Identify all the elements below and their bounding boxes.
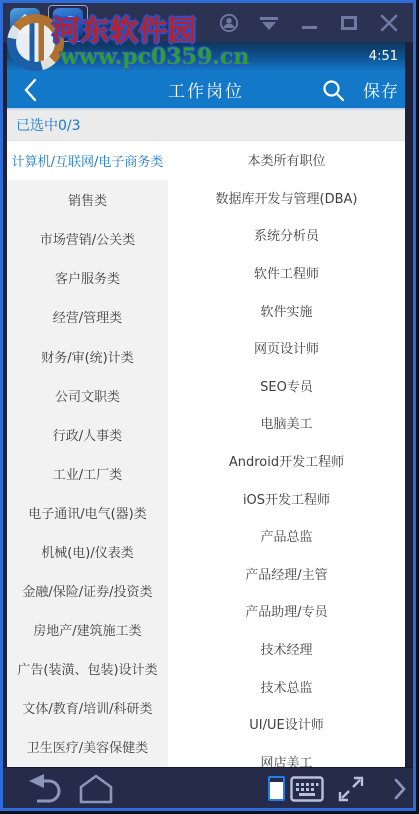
category-label: 客户服务类 [55,268,120,287]
job-picker: 计算机/互联网/电子商务类 销售类 市场营销/公关类 客户服务类 [7,141,405,767]
position-item[interactable]: UI/UE设计师 [168,705,405,743]
category-item[interactable]: 行政/人事类 [7,415,168,454]
emulator-chrome: ★ [3,3,413,808]
minimize-button[interactable] [299,12,319,34]
category-item[interactable]: 文体/教育/培训/科研类 [7,688,168,727]
portrait-mode-icon[interactable] [265,768,287,809]
position-label: 产品经理/主管 [245,564,327,583]
selection-count-label: 已选中0/3 [16,115,81,135]
position-label: 系统分析员 [254,225,319,244]
position-label: 软件实施 [260,301,312,320]
category-item[interactable]: 财务/审(统)计类 [7,336,168,375]
category-item[interactable]: 电子通讯/电气(器)类 [7,493,168,532]
position-label: 网页设计师 [254,338,319,357]
category-label: 计算机/互联网/电子商务类 [12,151,164,170]
nav-home-icon[interactable] [75,768,117,809]
category-label: 卫生医疗/美容保健类 [27,737,148,756]
android-screen: 4:51 工作岗位 保存 已选中0/3 [7,42,405,767]
emulator-tab-home-app[interactable]: ★ [6,6,44,41]
position-label: 本类所有职位 [247,150,325,169]
position-label: 产品总监 [260,526,312,545]
position-item[interactable]: 产品经理/主管 [168,555,405,593]
category-item[interactable]: 计算机/互联网/电子商务类 [7,141,168,180]
position-label: UI/UE设计师 [249,714,323,733]
position-label: 电脑美工 [260,413,312,432]
keyboard-icon[interactable] [287,768,327,809]
position-label: 技术经理 [260,639,312,658]
category-column[interactable]: 计算机/互联网/电子商务类 销售类 市场营销/公关类 客户服务类 [7,141,168,767]
position-label: iOS开发工程师 [243,489,330,508]
home-app-icon: ★ [10,8,40,38]
category-label: 工业/工厂类 [53,464,122,483]
position-label: 网店美工 [260,752,312,767]
category-item[interactable]: 金融/保险/证券/投资类 [7,571,168,610]
nav-back-icon[interactable] [21,768,63,809]
position-label: 数据库开发与管理(DBA) [216,188,358,207]
position-item[interactable]: 技术总监 [168,667,405,705]
position-item[interactable]: 网店美工 [168,743,405,768]
category-label: 电子通讯/电气(器)类 [28,503,147,522]
selection-count-bar: 已选中0/3 [7,109,405,141]
emulator-window: ★ [0,0,419,814]
position-item[interactable]: iOS开发工程师 [168,479,405,517]
position-label: 软件工程师 [254,263,319,282]
category-item[interactable]: 广告(装潢、包装)设计类 [7,649,168,688]
category-item[interactable]: 房地产/建筑施工类 [7,610,168,649]
position-item[interactable]: 产品助理/专员 [168,592,405,630]
category-label: 经营/管理类 [53,307,122,326]
account-icon[interactable] [219,12,239,34]
position-item[interactable]: SEO专员 [168,367,405,405]
close-button[interactable] [379,12,399,34]
active-app-icon [53,8,83,38]
category-label: 房地产/建筑施工类 [33,620,141,639]
position-item[interactable]: 技术经理 [168,630,405,668]
menu-dropdown-icon[interactable] [259,12,279,34]
maximize-button[interactable] [339,12,359,34]
category-label: 机械(电)/仪表类 [41,542,134,561]
position-item[interactable]: 系统分析员 [168,216,405,254]
window-controls [219,3,399,42]
position-item[interactable]: 本类所有职位 [168,141,405,179]
category-label: 金融/保险/证券/投资类 [22,581,152,600]
category-item[interactable]: 经营/管理类 [7,297,168,336]
category-item[interactable]: 卫生医疗/美容保健类 [7,727,168,766]
category-item[interactable]: 市场营销/公关类 [7,219,168,258]
category-label: 文体/教育/培训/科研类 [22,698,152,717]
status-bar: 4:51 [7,42,405,70]
category-item[interactable]: 公司文职类 [7,376,168,415]
category-label: 市场营销/公关类 [40,229,135,248]
search-icon[interactable] [319,76,347,104]
position-item[interactable]: 软件工程师 [168,254,405,292]
position-column[interactable]: 本类所有职位 数据库开发与管理(DBA) 系统分析员 软件工程师 [168,141,405,767]
category-item[interactable]: 销售类 [7,180,168,219]
category-label: 公司文职类 [55,386,120,405]
position-item[interactable]: 产品总监 [168,517,405,555]
position-label: 产品助理/专员 [245,601,327,620]
position-item[interactable]: 软件实施 [168,291,405,329]
category-label: 销售类 [68,190,107,209]
emulator-navbar [3,767,413,808]
clock: 4:51 [369,49,398,64]
position-label: 技术总监 [260,677,312,696]
position-label: Android开发工程师 [229,451,344,470]
app-header: 工作岗位 保存 [7,70,405,109]
save-button[interactable]: 保存 [363,70,399,108]
category-label: 广告(装潢、包装)设计类 [17,659,157,678]
category-label: 财务/审(统)计类 [41,347,134,366]
category-item[interactable]: 工业/工厂类 [7,454,168,493]
position-label: SEO专员 [260,376,313,395]
fullscreen-icon[interactable] [333,768,369,809]
category-item[interactable]: 客户服务类 [7,258,168,297]
emulator-tab-active-app[interactable] [49,6,87,41]
position-item[interactable]: 电脑美工 [168,404,405,442]
position-item[interactable]: 数据库开发与管理(DBA) [168,179,405,217]
category-label: 行政/人事类 [53,425,122,444]
category-item[interactable]: 机械(电)/仪表类 [7,532,168,571]
sidebar-expand-chevron-icon[interactable] [389,768,411,809]
position-item[interactable]: Android开发工程师 [168,442,405,480]
position-item[interactable]: 网页设计师 [168,329,405,367]
emulator-titlebar: ★ [3,3,413,42]
